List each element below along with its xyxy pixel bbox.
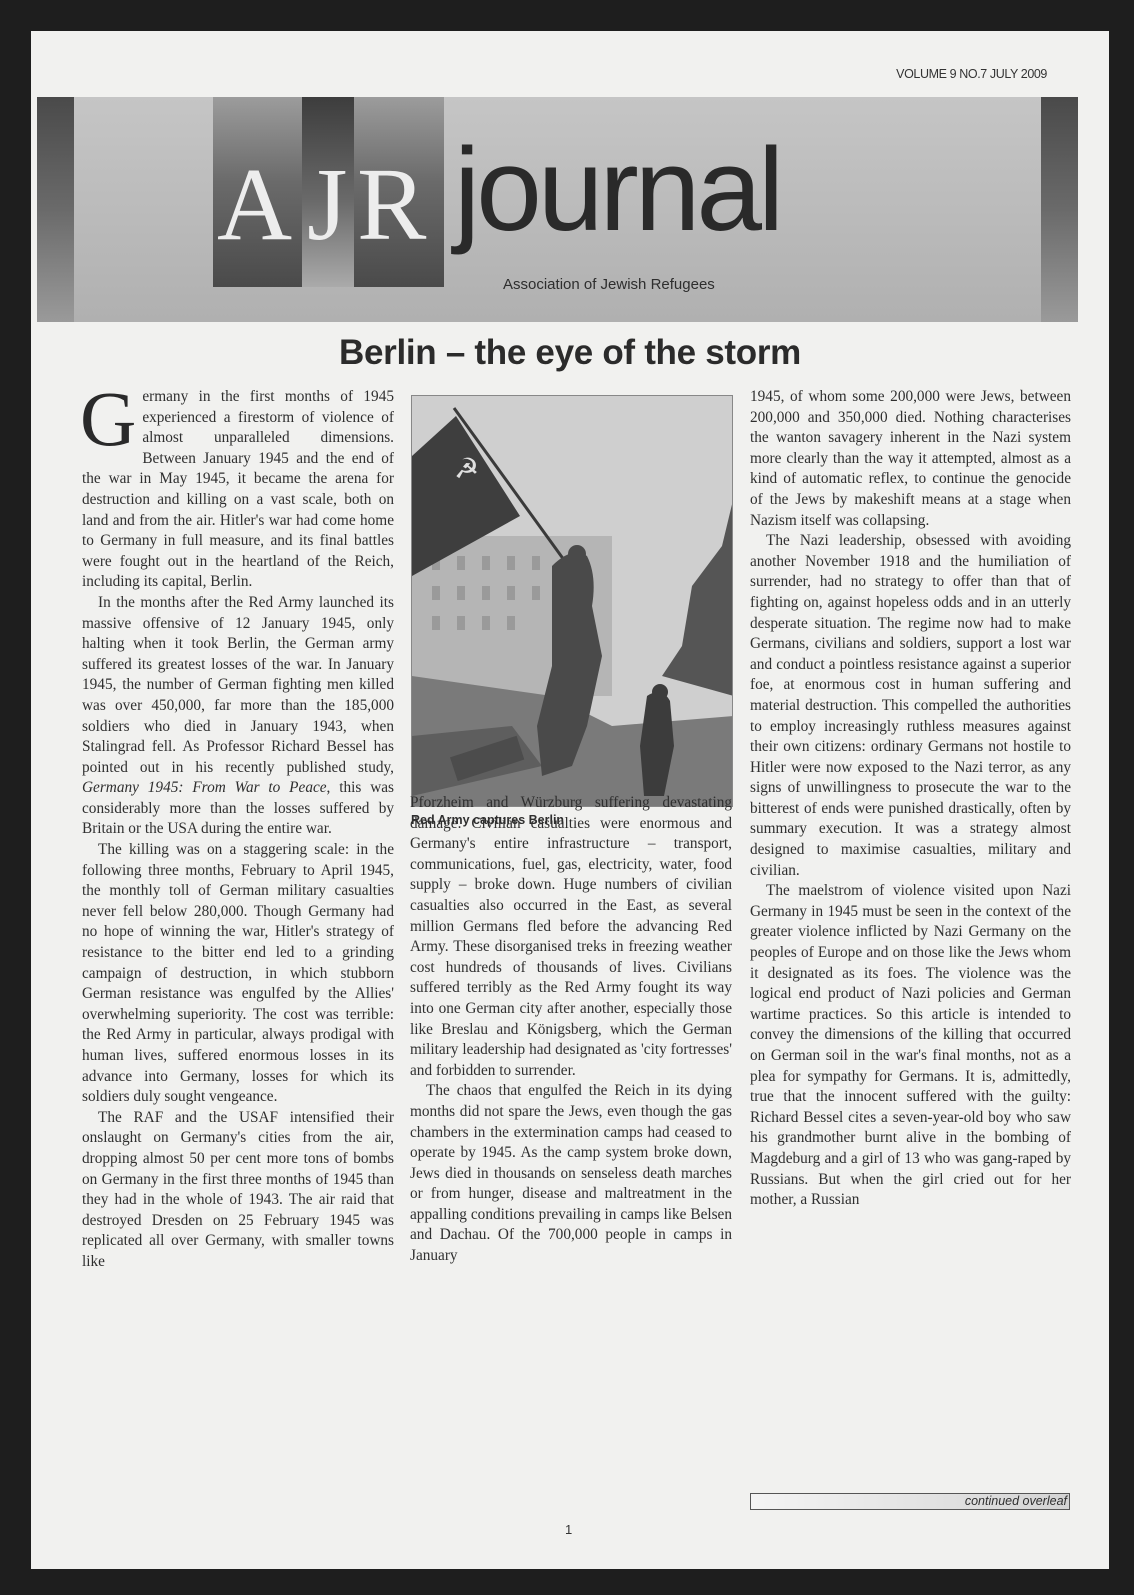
paragraph-text: In the months after the Red Army launche… bbox=[82, 594, 394, 776]
logo-letter-a: A bbox=[217, 153, 292, 257]
svg-text:☭: ☭ bbox=[454, 452, 479, 485]
article-column-left: Germany in the first months of 1945 expe… bbox=[82, 387, 394, 1273]
page-number: 1 bbox=[565, 1522, 572, 1537]
book-title: Germany 1945: From War to Peace bbox=[82, 779, 327, 796]
article-headline: Berlin – the eye of the storm bbox=[31, 333, 1109, 373]
masthead: A J R journal Association of Jewish Refu… bbox=[37, 97, 1078, 322]
article-paragraph: The killing was on a staggering scale: i… bbox=[82, 840, 394, 1108]
article-paragraph: The maelstrom of violence visited upon N… bbox=[750, 881, 1071, 1211]
article-column-middle: Pforzheim and Würzburg suffering devasta… bbox=[410, 793, 732, 1267]
logo-subtitle: Association of Jewish Refugees bbox=[503, 276, 715, 293]
article-photo: ☭ bbox=[411, 395, 733, 807]
article-paragraph: The Nazi leadership, obsessed with avoid… bbox=[750, 531, 1071, 881]
article-paragraph: In the months after the Red Army launche… bbox=[82, 593, 394, 840]
article-paragraph: 1945, of whom some 200,000 were Jews, be… bbox=[750, 387, 1071, 531]
logo-journal-word: journal bbox=[454, 131, 780, 249]
article-paragraph: Germany in the first months of 1945 expe… bbox=[82, 387, 394, 593]
volume-issue-line: VOLUME 9 NO.7 JULY 2009 bbox=[896, 67, 1047, 81]
journal-page: VOLUME 9 NO.7 JULY 2009 A J R journal As… bbox=[31, 31, 1109, 1569]
article-paragraph: The RAF and the USAF intensified their o… bbox=[82, 1108, 394, 1273]
masthead-right-bar bbox=[1041, 97, 1078, 322]
article-paragraph: Pforzheim and Würzburg suffering devasta… bbox=[410, 793, 732, 1081]
drop-cap: G bbox=[80, 389, 136, 449]
flag-raising-photo-icon: ☭ bbox=[412, 396, 733, 807]
article-paragraph: The chaos that engulfed the Reich in its… bbox=[410, 1081, 732, 1266]
logo-letter-r: R bbox=[357, 153, 426, 257]
logo-letter-j: J bbox=[307, 153, 347, 257]
masthead-left-bar bbox=[37, 97, 74, 322]
continued-overleaf-banner: continued overleaf bbox=[750, 1493, 1070, 1510]
article-column-right: 1945, of whom some 200,000 were Jews, be… bbox=[750, 387, 1071, 1211]
